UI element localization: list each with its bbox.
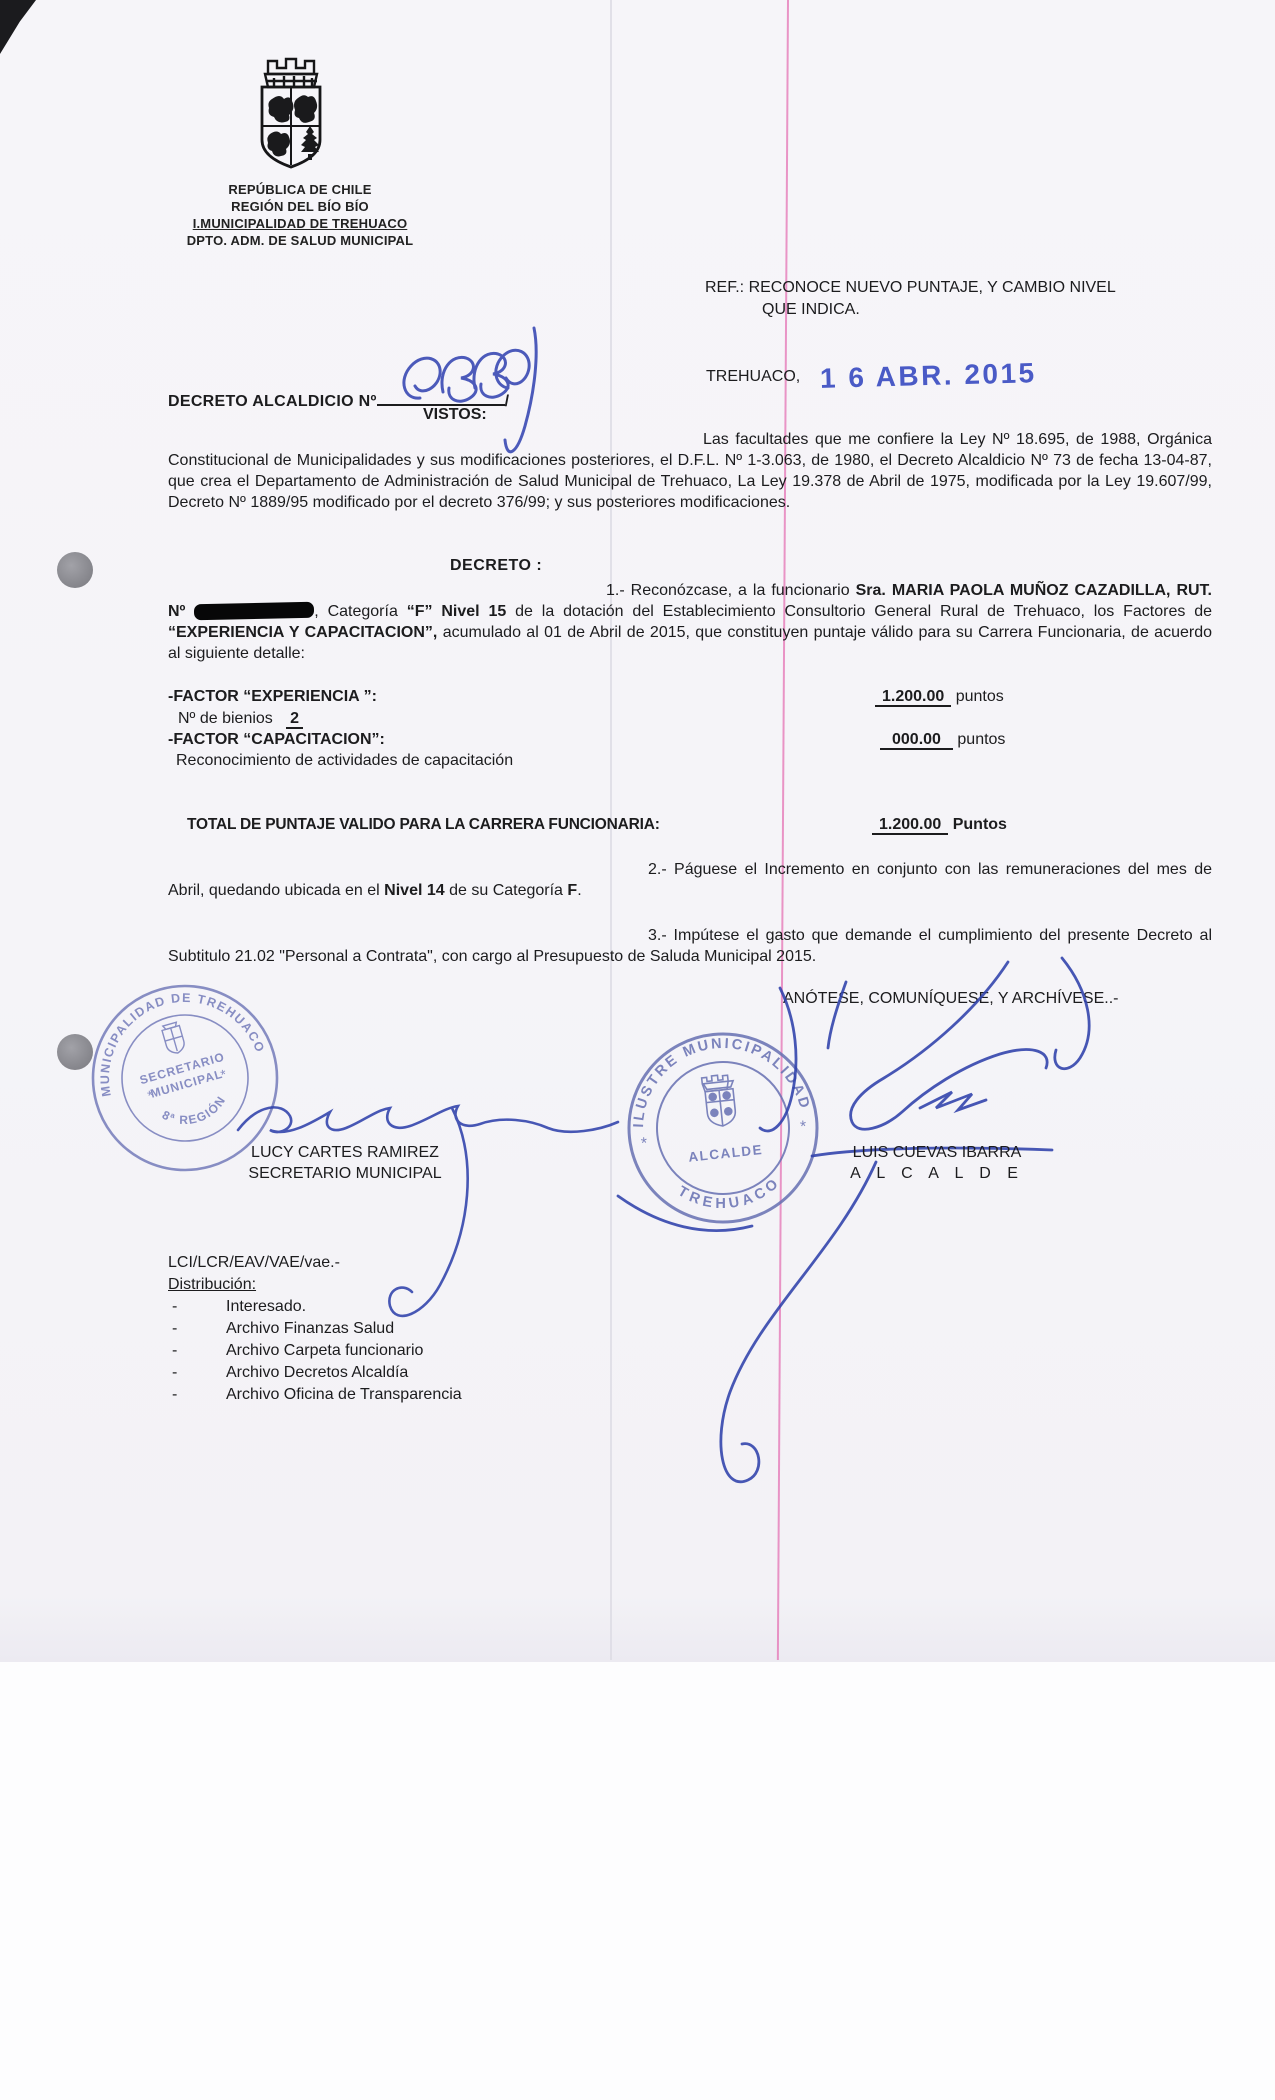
punch-hole <box>57 552 93 588</box>
factor-training-row: -FACTOR “CAPACITACION”: 000.00 puntos <box>168 731 1212 749</box>
p1-employee-name: Sra. MARIA PAOLA MUÑOZ CAZADILLA, <box>856 582 1171 599</box>
dash: - <box>172 1296 177 1318</box>
date-stamp: 1 6 ABR. 2015 <box>820 357 1037 395</box>
scanned-decree-page: REPÚBLICA DE CHILE REGIÓN DEL BÍO BÍO I.… <box>0 0 1275 2100</box>
distribution-label: Distribución: <box>168 1274 462 1296</box>
p2-text: de su Categoría <box>445 882 568 899</box>
dash: - <box>172 1318 177 1340</box>
punch-hole <box>57 1034 93 1070</box>
vistos-heading: VISTOS: <box>423 406 487 424</box>
decree-number-slash: / <box>505 393 510 410</box>
responsibility-initials: LCI/LCR/EAV/VAE/vae.- <box>168 1252 462 1274</box>
biennia-value: 2 <box>286 710 303 729</box>
factor-experience-unit: puntos <box>956 688 1004 705</box>
p2-level: Nivel 14 <box>384 882 444 899</box>
closing-formula: ANÓTESE, COMUNÍQUESE, Y ARCHÍVESE..- <box>783 990 1118 1008</box>
p1-text: de la dotación del Establecimiento Consu… <box>506 603 1212 620</box>
distribution-item-text: Interesado. <box>226 1298 306 1315</box>
reference-line2: QUE INDICA. <box>705 299 1116 321</box>
p1-text: , Categoría <box>314 603 406 620</box>
decree-paragraph-1: 1.- Reconózcase, a la funcionario Sra. M… <box>168 580 1212 664</box>
training-note-row: Reconocimiento de actividades de capacit… <box>176 752 1220 770</box>
dash: - <box>172 1384 177 1406</box>
letterhead-region: REGIÓN DEL BÍO BÍO <box>150 198 450 215</box>
p2-category: F <box>567 882 577 899</box>
biennia-row: Nº de bienios 2 <box>178 710 1222 728</box>
mayor-name: LUIS CUEVAS IBARRA <box>812 1142 1062 1163</box>
distribution-item: -Archivo Decretos Alcaldía <box>168 1362 462 1384</box>
rut-redaction-bar: 11.235.240-6 <box>194 602 314 621</box>
factor-training-label: -FACTOR “CAPACITACION”: <box>168 731 385 748</box>
rut-redacted-value: 11.235.240-6 <box>251 602 314 621</box>
letterhead-republic: REPÚBLICA DE CHILE <box>150 181 450 198</box>
secretary-name-block: LUCY CARTES RAMIREZ SECRETARIO MUNICIPAL <box>190 1142 500 1184</box>
dash: - <box>172 1340 177 1362</box>
total-points: 1.200.00 <box>872 816 948 835</box>
factor-experience-label: -FACTOR “EXPERIENCIA ”: <box>168 688 377 705</box>
factor-training-points: 000.00 <box>880 731 953 750</box>
decree-number-label: DECRETO ALCALDICIO Nº <box>168 393 377 410</box>
total-row: TOTAL DE PUNTAJE VALIDO PARA LA CARRERA … <box>187 816 1231 834</box>
distribution-item: -Interesado. <box>168 1296 462 1318</box>
vistos-paragraph: Las facultades que me confiere la Ley Nº… <box>168 429 1212 513</box>
reference-block: REF.: RECONOCE NUEVO PUNTAJE, Y CAMBIO N… <box>705 277 1116 321</box>
reference-line1: REF.: RECONOCE NUEVO PUNTAJE, Y CAMBIO N… <box>705 277 1116 299</box>
p2-text: . <box>577 882 581 899</box>
mayor-title: A L C A L D E <box>812 1163 1062 1184</box>
factor-training-unit: puntos <box>957 731 1005 748</box>
distribution-item-text: Archivo Oficina de Transparencia <box>226 1386 462 1403</box>
decreto-heading: DECRETO : <box>450 557 542 575</box>
factor-experience-points: 1.200.00 <box>875 688 951 707</box>
decree-paragraph-3: 3.- Impútese el gasto que demande el cum… <box>168 925 1212 967</box>
distribution-item: -Archivo Oficina de Transparencia <box>168 1384 462 1406</box>
total-value: 1.200.00 Puntos <box>872 816 1007 834</box>
place-label: TREHUACO, <box>706 366 800 387</box>
p1-factors-bold: “EXPERIENCIA Y CAPACITACION”, <box>168 624 437 641</box>
distribution-item-text: Archivo Carpeta funcionario <box>226 1342 423 1359</box>
secretary-name: LUCY CARTES RAMIREZ <box>190 1142 500 1163</box>
p1-text: 1.- Reconózcase, a la funcionario <box>606 582 856 599</box>
p2-text: 2.- Páguese el Incremento en conjunto co… <box>168 861 1212 899</box>
letterhead-municipality: I.MUNICIPALIDAD DE TREHUACO <box>150 215 450 232</box>
factor-experience-value: 1.200.00 puntos <box>875 688 1004 706</box>
distribution-item-text: Archivo Decretos Alcaldía <box>226 1364 408 1381</box>
biennia-label: Nº de bienios <box>178 710 273 727</box>
training-note: Reconocimiento de actividades de capacit… <box>176 752 513 769</box>
decree-paragraph-2: 2.- Páguese el Incremento en conjunto co… <box>168 859 1212 901</box>
decree-number-blank <box>377 390 505 406</box>
dash: - <box>172 1362 177 1384</box>
distribution-item: -Archivo Carpeta funcionario <box>168 1340 462 1362</box>
total-label: TOTAL DE PUNTAJE VALIDO PARA LA CARRERA … <box>187 816 660 833</box>
footer-block: LCI/LCR/EAV/VAE/vae.- Distribución: -Int… <box>168 1252 462 1406</box>
total-unit: Puntos <box>953 816 1007 833</box>
p1-category-level: “F” Nivel 15 <box>407 603 507 620</box>
mayor-name-block: LUIS CUEVAS IBARRA A L C A L D E <box>812 1142 1062 1184</box>
letterhead-department: DPTO. ADM. DE SALUD MUNICIPAL <box>150 232 450 249</box>
secretary-title: SECRETARIO MUNICIPAL <box>190 1163 500 1184</box>
factor-training-value: 000.00 puntos <box>880 731 1005 749</box>
distribution-item: -Archivo Finanzas Salud <box>168 1318 462 1340</box>
factor-experience-row: -FACTOR “EXPERIENCIA ”: 1.200.00 puntos <box>168 688 1212 706</box>
distribution-item-text: Archivo Finanzas Salud <box>226 1320 394 1337</box>
letterhead: REPÚBLICA DE CHILE REGIÓN DEL BÍO BÍO I.… <box>150 181 450 249</box>
